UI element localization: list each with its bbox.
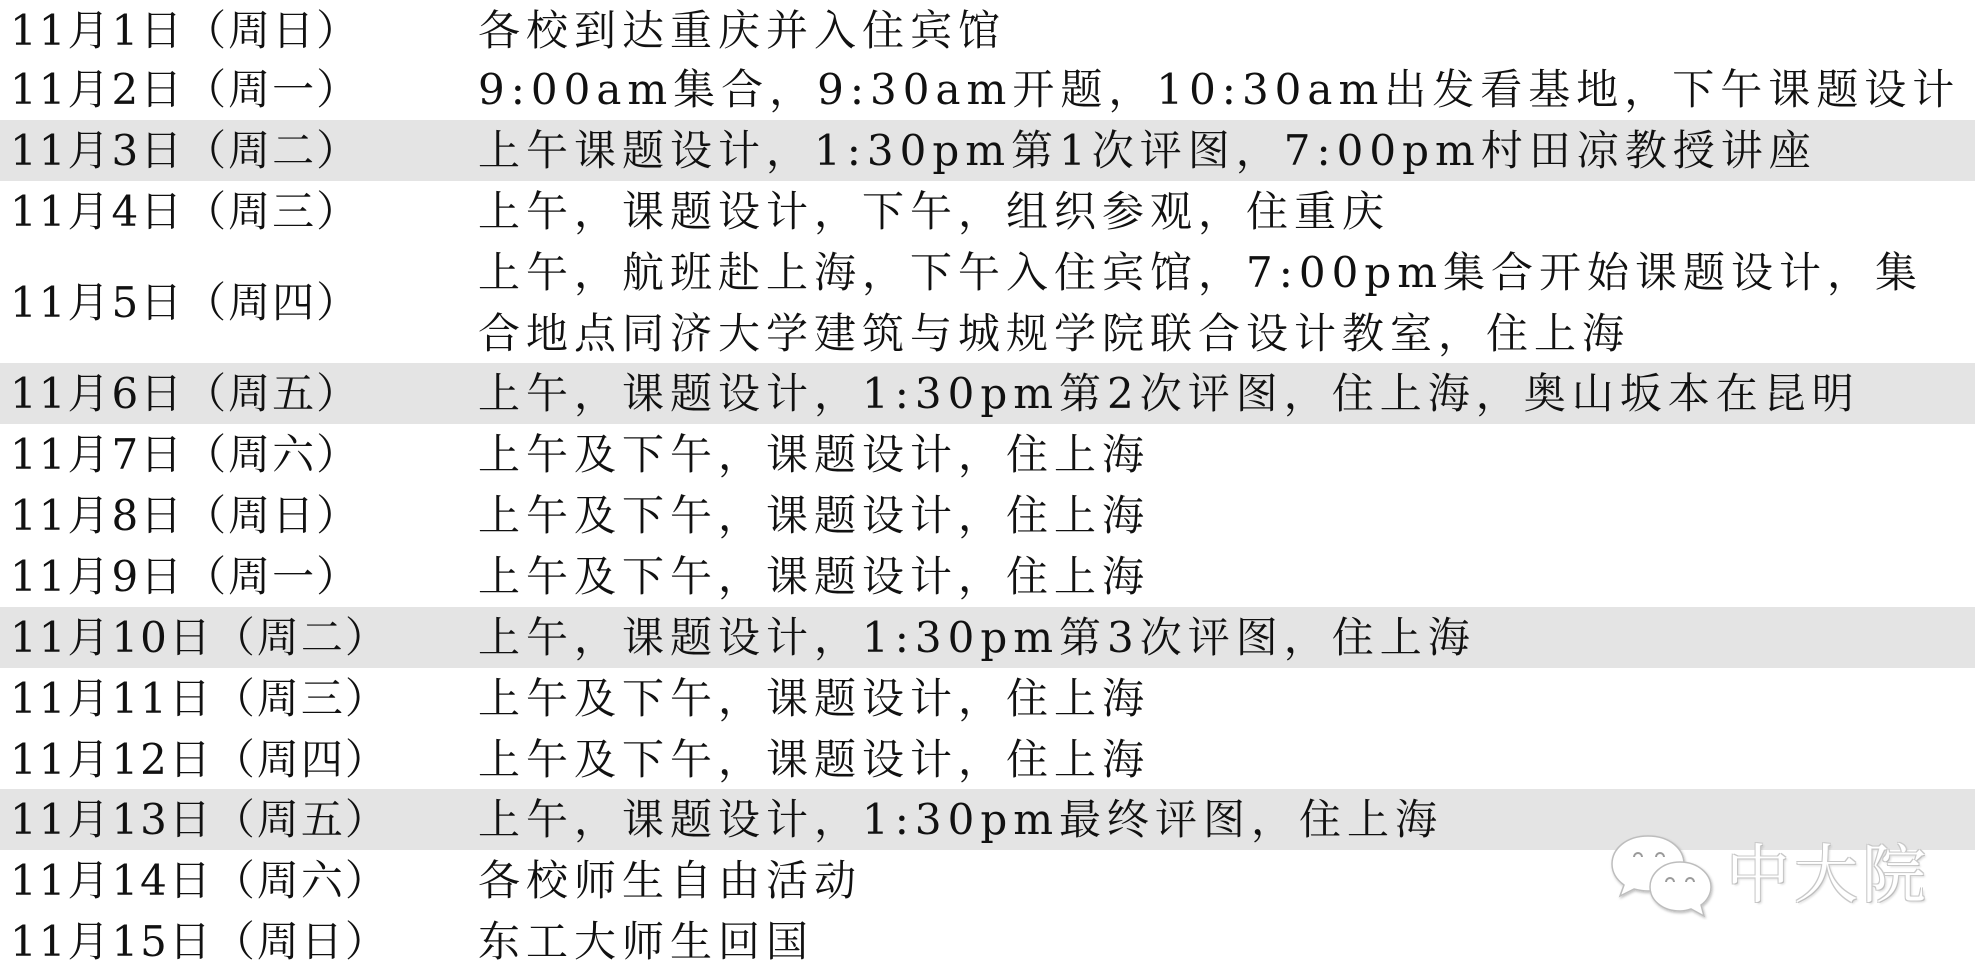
row-date: 11月9日（周一） [10,546,360,607]
schedule-row-nov-12: 11月12日（周四） 上午及下午，课题设计，住上海 [0,729,1975,790]
row-date: 11月4日（周三） [10,181,360,242]
row-date: 11月7日（周六） [10,424,360,485]
row-date: 11月10日（周二） [10,607,389,668]
schedule-row-nov-8: 11月8日（周日） 上午及下午，课题设计，住上海 [0,485,1975,546]
schedule-row-nov-4: 11月4日（周三） 上午，课题设计，下午，组织参观，住重庆 [0,181,1975,242]
description-line: 各校到达重庆并入住宾馆 [478,0,1975,61]
description-line: 合地点同济大学建筑与城规学院联合设计教室，住上海 [478,303,1975,364]
description-line: 上午，课题设计，1:30pm第3次评图，住上海 [478,607,1975,668]
row-description: 上午及下午，课题设计，住上海 [478,546,1975,607]
description-line: 上午及下午，课题设计，住上海 [478,729,1975,790]
watermark: 中大院 [1608,830,1928,920]
row-description: 上午及下午，课题设计，住上海 [478,485,1975,546]
row-date: 11月2日（周一） [10,59,360,120]
schedule-row-nov-2: 11月2日（周一） 9:00am集合，9:30am开题，10:30am出发看基地… [0,59,1975,120]
wechat-icon [1608,830,1718,920]
row-description: 9:00am集合，9:30am开题，10:30am出发看基地，下午课题设计 [478,59,1975,120]
row-date: 11月5日（周四） [10,242,360,364]
description-line: 上午及下午，课题设计，住上海 [478,485,1975,546]
description-line: 9:00am集合，9:30am开题，10:30am出发看基地，下午课题设计 [478,59,1975,120]
row-date: 11月15日（周日） [10,911,389,970]
row-date: 11月11日（周三） [10,668,389,729]
row-description: 上午及下午，课题设计，住上海 [478,729,1975,790]
schedule-row-nov-10: 11月10日（周二） 上午，课题设计，1:30pm第3次评图，住上海 [0,607,1975,668]
row-date: 11月3日（周二） [10,120,360,181]
schedule-row-nov-11: 11月11日（周三） 上午及下午，课题设计，住上海 [0,668,1975,729]
description-line: 上午课题设计，1:30pm第1次评图，7:00pm村田凉教授讲座 [478,120,1975,181]
row-description: 各校到达重庆并入住宾馆 [478,0,1975,61]
description-line: 上午及下午，课题设计，住上海 [478,424,1975,485]
row-date: 11月6日（周五） [10,363,360,424]
schedule-row-nov-9: 11月9日（周一） 上午及下午，课题设计，住上海 [0,546,1975,607]
schedule-row-nov-7: 11月7日（周六） 上午及下午，课题设计，住上海 [0,424,1975,485]
row-date: 11月1日（周日） [10,0,360,61]
schedule-row-nov-1: 11月1日（周日） 各校到达重庆并入住宾馆 [0,0,1975,61]
row-description: 上午及下午，课题设计，住上海 [478,668,1975,729]
description-line: 上午及下午，课题设计，住上海 [478,546,1975,607]
row-description: 上午，课题设计，1:30pm第3次评图，住上海 [478,607,1975,668]
row-date: 11月8日（周日） [10,485,360,546]
description-line: 上午，课题设计，下午，组织参观，住重庆 [478,181,1975,242]
description-line: 上午，课题设计，1:30pm第2次评图，住上海，奥山坂本在昆明 [478,363,1975,424]
schedule-row-nov-6: 11月6日（周五） 上午，课题设计，1:30pm第2次评图，住上海，奥山坂本在昆… [0,363,1975,424]
row-description: 上午，课题设计，下午，组织参观，住重庆 [478,181,1975,242]
row-date: 11月14日（周六） [10,850,389,911]
schedule-row-nov-5: 11月5日（周四） 上午，航班赴上海，下午入住宾馆，7:00pm集合开始课题设计… [0,242,1975,364]
row-description: 上午，航班赴上海，下午入住宾馆，7:00pm集合开始课题设计，集 合地点同济大学… [478,242,1975,364]
description-line: 上午，航班赴上海，下午入住宾馆，7:00pm集合开始课题设计，集 [478,242,1975,303]
row-description: 上午及下午，课题设计，住上海 [478,424,1975,485]
row-date: 11月12日（周四） [10,729,389,790]
schedule-row-nov-3: 11月3日（周二） 上午课题设计，1:30pm第1次评图，7:00pm村田凉教授… [0,120,1975,181]
row-date: 11月13日（周五） [10,789,389,850]
schedule-table: 11月1日（周日） 各校到达重庆并入住宾馆 11月2日（周一） 9:00am集合… [0,0,1975,970]
row-description: 上午，课题设计，1:30pm第2次评图，住上海，奥山坂本在昆明 [478,363,1975,424]
row-description: 上午课题设计，1:30pm第1次评图，7:00pm村田凉教授讲座 [478,120,1975,181]
description-line: 上午及下午，课题设计，住上海 [478,668,1975,729]
watermark-text: 中大院 [1726,836,1930,916]
